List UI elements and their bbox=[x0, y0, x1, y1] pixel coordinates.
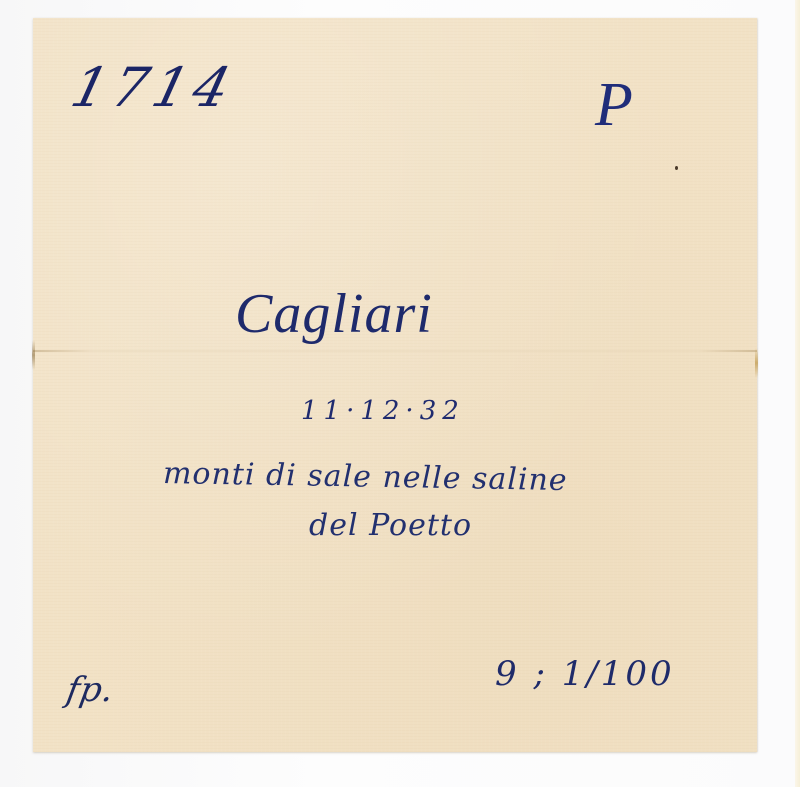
collection-letter: P bbox=[595, 70, 633, 141]
description-line-2: del Poetto bbox=[309, 508, 472, 543]
fold-notch-right bbox=[755, 348, 758, 378]
catalog-number: 1714 bbox=[65, 56, 242, 119]
scale-note: 9 ; 1/100 bbox=[495, 654, 675, 694]
collector-initials: fp. bbox=[63, 670, 117, 710]
date: 11·12·32 bbox=[301, 396, 465, 426]
fold-notch-left bbox=[32, 340, 35, 370]
back-sheet-edge bbox=[795, 0, 800, 787]
ink-speck bbox=[675, 166, 678, 170]
fold-crease bbox=[33, 350, 757, 352]
label-paper: 1714 P Cagliari 11·12·32 monti di sale n… bbox=[33, 18, 757, 752]
description-line-1: monti di sale nelle saline bbox=[163, 456, 568, 498]
location-name: Cagliari bbox=[235, 282, 433, 346]
